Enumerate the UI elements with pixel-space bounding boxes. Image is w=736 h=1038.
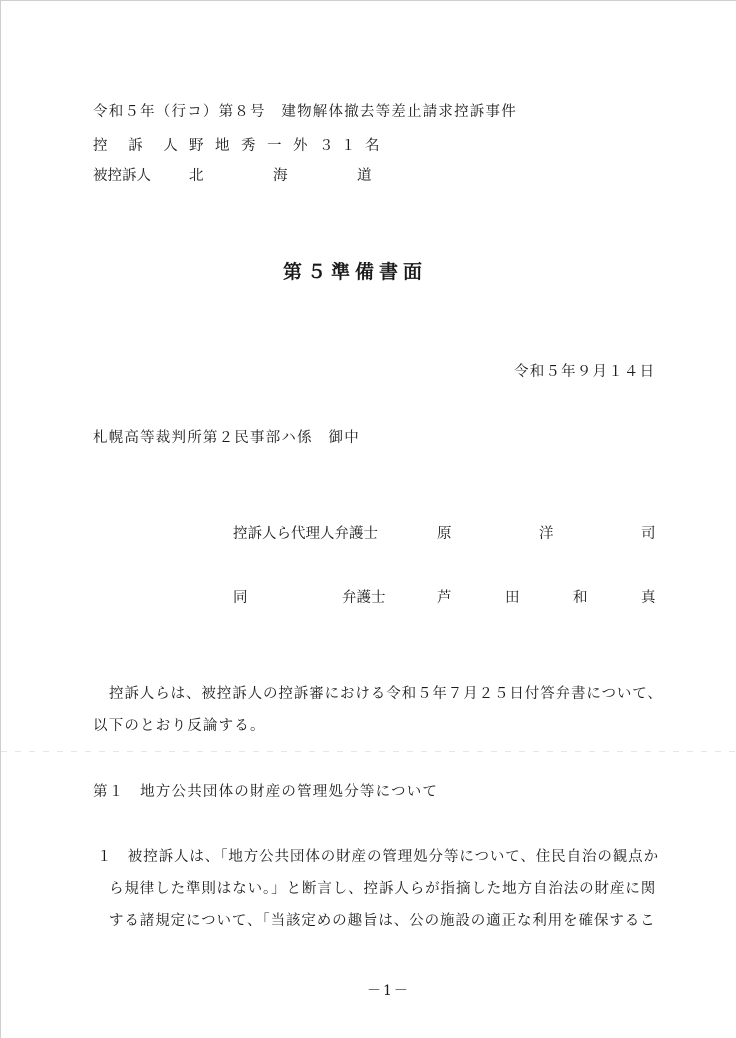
appellee-name-char: 北 bbox=[189, 167, 204, 185]
addressee: 札幌高等裁判所第２民事部ハ係 御中 bbox=[93, 429, 360, 447]
appellant-name-char: 野 bbox=[189, 137, 204, 155]
appellant-label: 控 訴 人 bbox=[93, 137, 186, 155]
attorney-role: 控訴人ら代理人弁護士 bbox=[233, 525, 378, 543]
item-line: １ 被控訴人は、「地方公共団体の財産の管理処分等について、住民自治の観点か bbox=[97, 848, 659, 866]
document-page: 令和５年（行コ）第８号 建物解体撤去等差止請求控訴事件 控 訴 人 野 地 秀 … bbox=[0, 0, 736, 1038]
appellant-name-char: 地 bbox=[215, 137, 230, 155]
page-number: －1－ bbox=[367, 980, 410, 1000]
appellant-name-char: 秀 bbox=[241, 137, 256, 155]
attorney-name-char: 洋 bbox=[539, 525, 554, 543]
item-line: ら規律した準則はない。」と断言し、控訴人らが指摘した地方自治法の財産に関 bbox=[109, 880, 656, 898]
intro-line: 以下のとおり反論する。 bbox=[93, 717, 266, 735]
scan-artifact-line bbox=[1, 751, 736, 752]
appellee-name-char: 海 bbox=[273, 167, 288, 185]
item-line: する諸規定について、「当該定めの趣旨は、公の施設の適正な利用を確保するこ bbox=[109, 912, 656, 930]
attorney-name-char: 司 bbox=[641, 525, 656, 543]
document-title: 第５準備書面 bbox=[283, 263, 427, 281]
appellant-name-char: 一 bbox=[267, 137, 282, 155]
intro-line: 控訴人らは、被控訴人の控訴審における令和５年７月２５日付答弁書について、 bbox=[109, 685, 663, 703]
document-date: 令和５年９月１４日 bbox=[514, 363, 655, 381]
section-heading: 第１ 地方公共団体の財産の管理処分等について bbox=[93, 783, 438, 801]
appellant-name-char: 名 bbox=[365, 137, 380, 155]
appellant-name-char: １ bbox=[341, 137, 356, 155]
attorney-name-char: 田 bbox=[505, 589, 520, 607]
appellee-name-char: 道 bbox=[357, 167, 372, 185]
appellant-name-char: 外 bbox=[293, 137, 308, 155]
attorney-name-char: 真 bbox=[641, 589, 656, 607]
attorney-role-prefix: 同 bbox=[233, 589, 248, 607]
appellee-label: 被控訴人 bbox=[93, 167, 151, 185]
appellant-name-char: ３ bbox=[319, 137, 334, 155]
attorney-name-char: 和 bbox=[573, 589, 588, 607]
attorney-name-char: 芦 bbox=[437, 589, 452, 607]
case-line: 令和５年（行コ）第８号 建物解体撤去等差止請求控訴事件 bbox=[93, 103, 517, 121]
attorney-name-char: 原 bbox=[437, 525, 452, 543]
attorney-role: 弁護士 bbox=[342, 589, 386, 607]
